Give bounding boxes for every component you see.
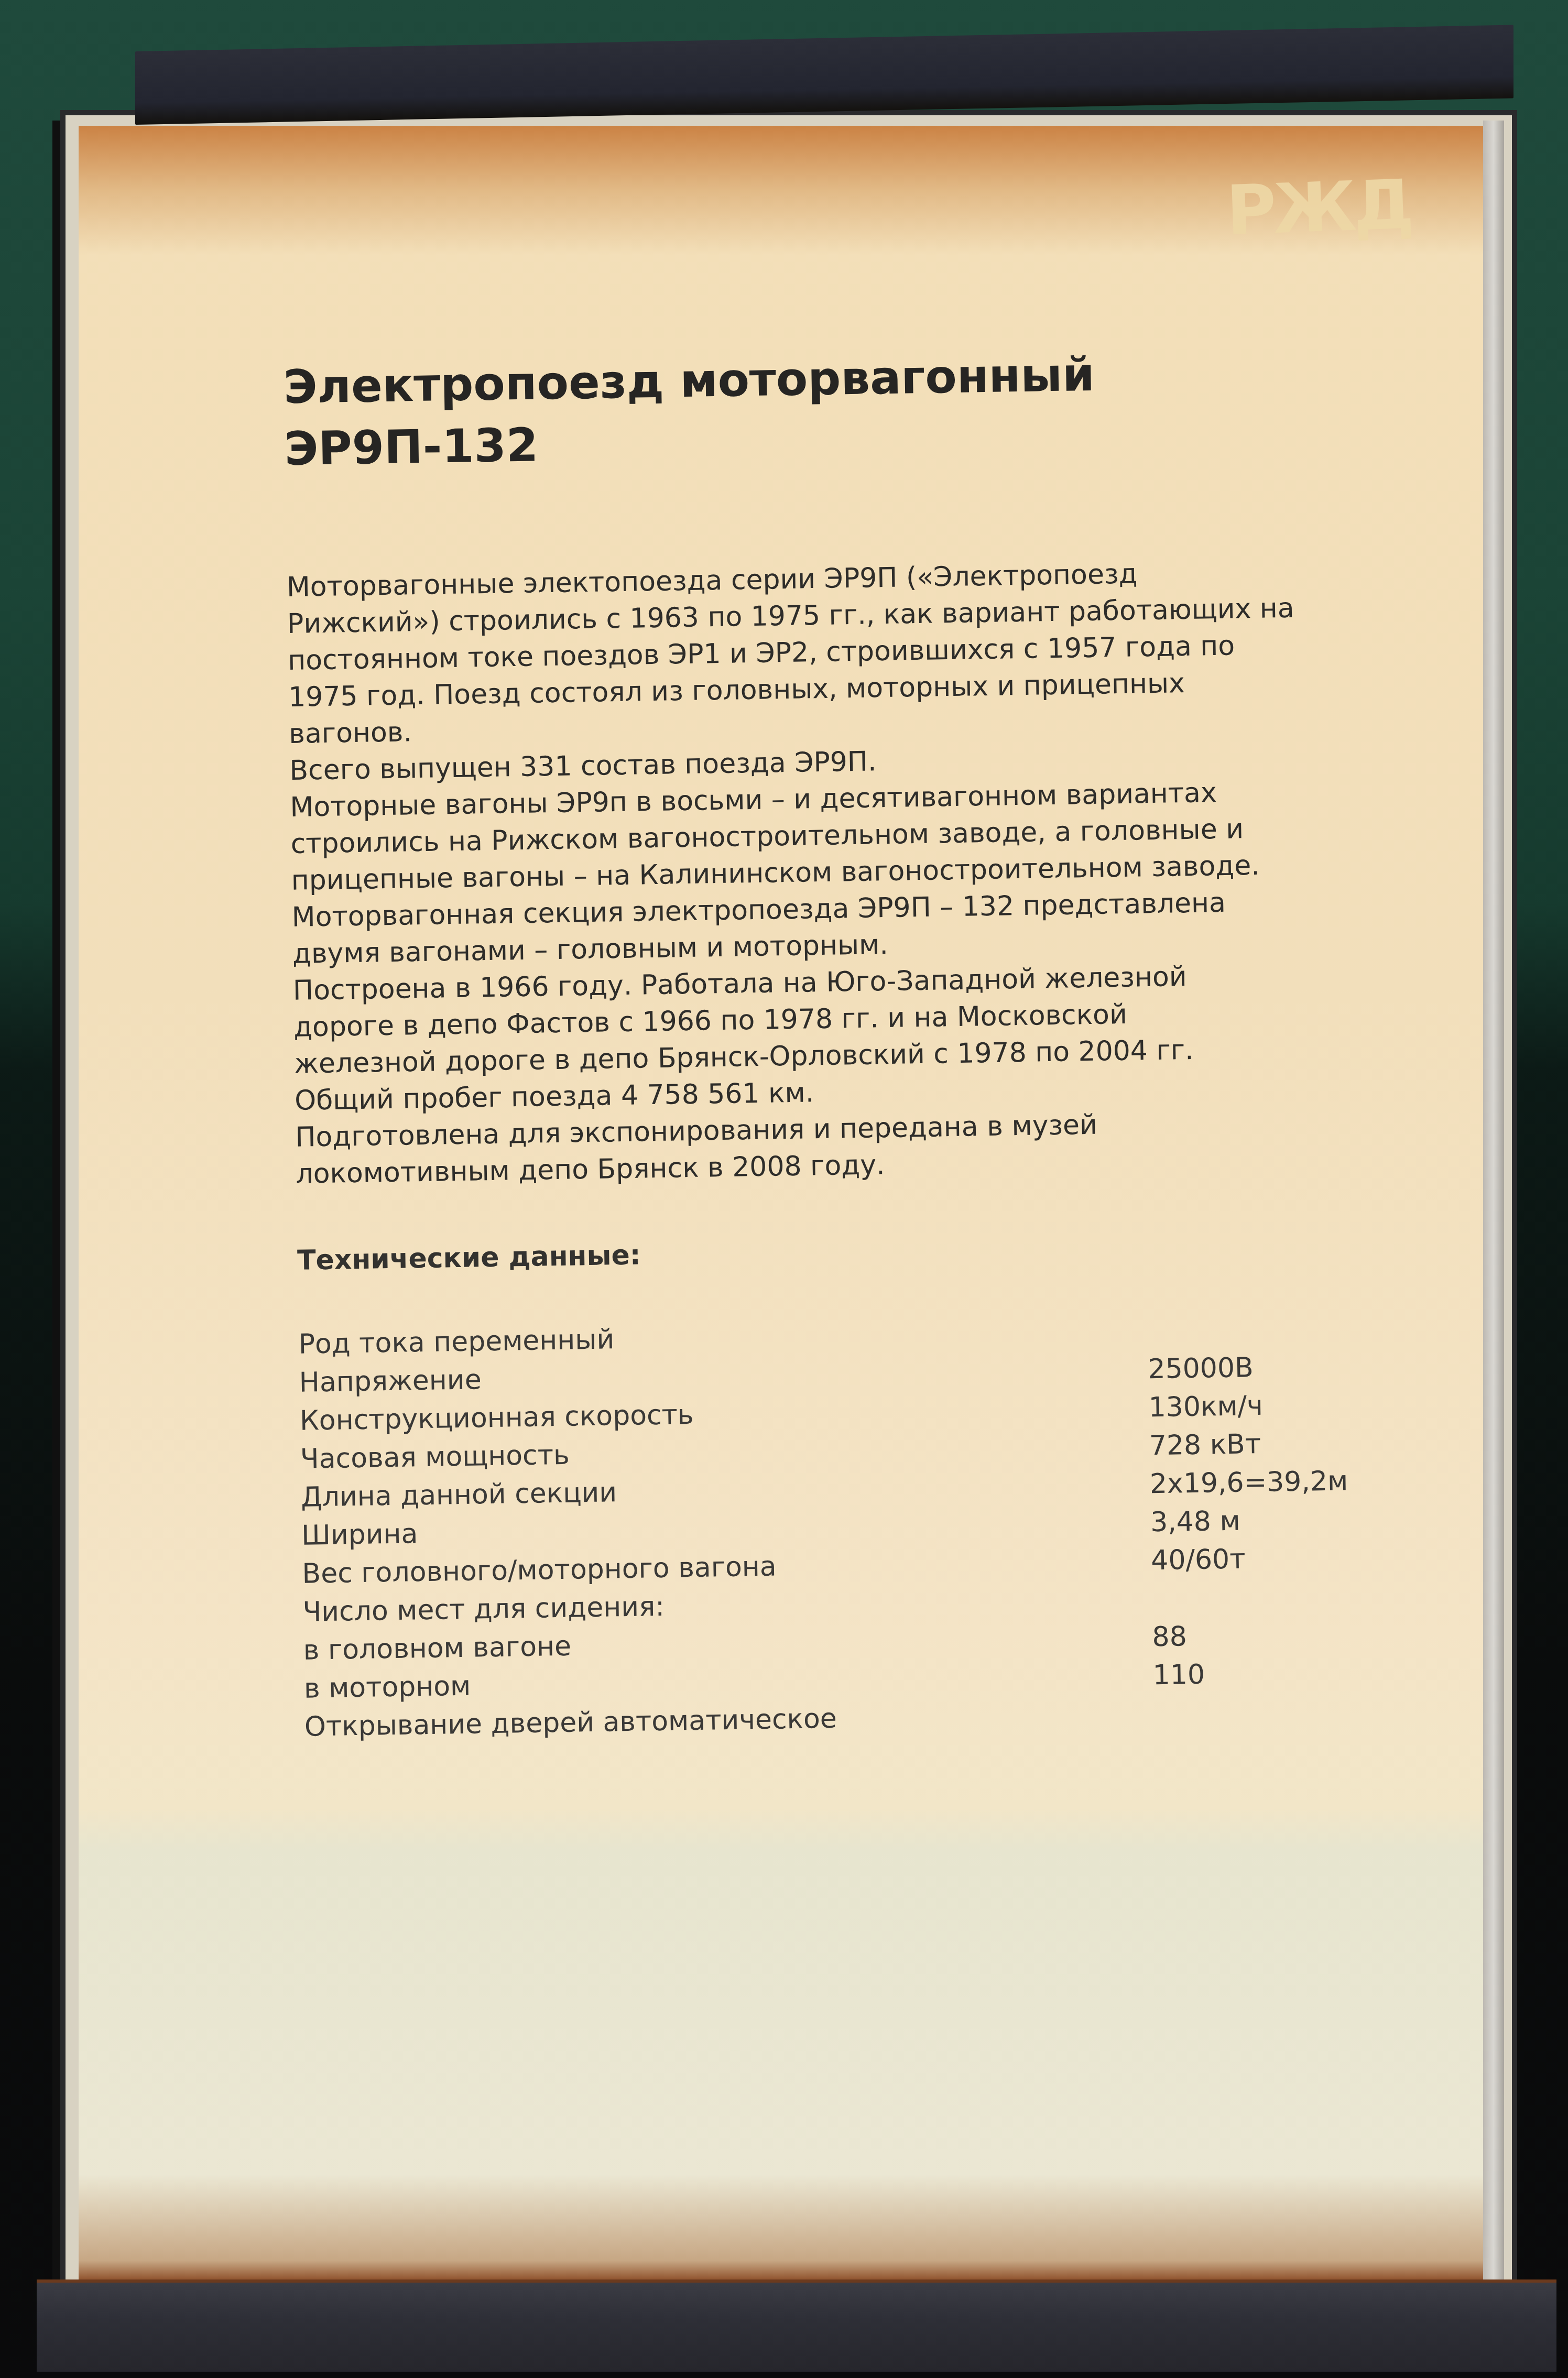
rzd-logo-watermark: РЖД bbox=[1225, 165, 1412, 250]
tech-data-heading: Технические данные: bbox=[297, 1227, 1424, 1277]
frame-top-bar bbox=[135, 25, 1513, 125]
spec-value bbox=[1148, 1336, 1410, 1340]
paragraph: Построена в 1966 году. Работала на Юго-З… bbox=[292, 955, 1421, 1083]
spec-value bbox=[1153, 1718, 1415, 1722]
title-line-1: Электропоезд моторвагонный bbox=[283, 347, 1095, 414]
spec-label: Род тока переменный bbox=[298, 1315, 1148, 1360]
tech-specs-table: Род тока переменный Напряжение25000В Кон… bbox=[298, 1311, 1431, 1750]
spec-value: 2х19,6=39,2м bbox=[1150, 1464, 1412, 1500]
spec-value: 88 bbox=[1152, 1617, 1414, 1653]
description: Моторвагонные электопоезда серии ЭР9П («… bbox=[286, 551, 1422, 1193]
paragraph: Моторвагонные электопоезда серии ЭР9П («… bbox=[286, 551, 1415, 752]
spec-value: 728 кВт bbox=[1149, 1426, 1411, 1461]
sheet-edge bbox=[1483, 121, 1504, 2295]
spec-value: 110 bbox=[1152, 1655, 1415, 1691]
sign-content: Электропоезд моторвагонный ЭР9П-132 Мото… bbox=[283, 339, 1432, 1749]
spec-value: 3,48 м bbox=[1150, 1502, 1413, 1538]
frame-bottom-bar bbox=[37, 2279, 1556, 2372]
spec-value bbox=[1152, 1603, 1414, 1608]
spec-value: 130км/ч bbox=[1148, 1388, 1411, 1423]
paragraph: Моторные вагоны ЭР9п в восьми – и десяти… bbox=[290, 771, 1418, 899]
spec-value: 25000В bbox=[1148, 1349, 1410, 1385]
title-line-2: ЭР9П-132 bbox=[284, 418, 539, 476]
sign-title: Электропоезд моторвагонный ЭР9П-132 bbox=[283, 339, 1411, 480]
spec-value: 40/60т bbox=[1151, 1541, 1413, 1576]
